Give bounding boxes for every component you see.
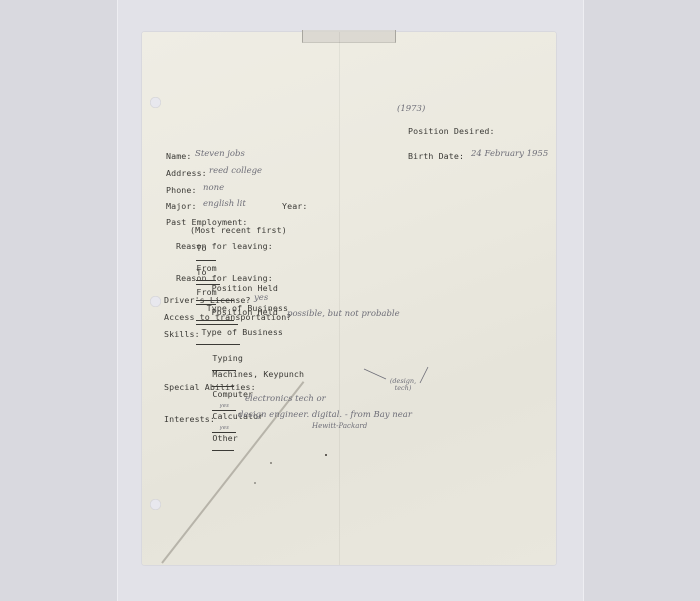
address-value: reed college: [209, 166, 262, 176]
paper-fold: [339, 32, 340, 565]
binder-hole-bottom: [150, 499, 161, 510]
interests-value: design engineer. digital. - from Bay nea…: [238, 410, 412, 420]
calculator-value[interactable]: yes: [212, 425, 236, 433]
year-note: (1973): [397, 104, 425, 114]
interests-value-continued: Hewitt-Packard: [312, 422, 367, 430]
special-abilities-label: Special Abilities:: [164, 382, 256, 392]
skills-label: Skills:: [164, 329, 200, 339]
reason-for-leaving-label-1: Reason for leaving:: [176, 241, 273, 251]
reason-for-leaving-label-2: Reason for Leaving:: [176, 273, 273, 283]
drivers-license-value: yes: [254, 293, 268, 303]
major-value: english lit: [203, 199, 246, 209]
computer-value[interactable]: yes: [212, 403, 236, 411]
ink-spot: [254, 482, 256, 484]
job-application-form: (1973) Position Desired: Name: Steven jo…: [142, 32, 556, 565]
name-label: Name:: [166, 151, 191, 161]
name-value: Steven jobs: [195, 149, 245, 159]
birth-date-value: 24 February 1955: [471, 149, 548, 159]
phone-label: Phone:: [166, 185, 197, 195]
transportation-value: possible, but not probable: [287, 309, 400, 319]
birth-date-label: Birth Date:: [408, 151, 464, 161]
major-label: Major:: [166, 201, 197, 211]
other-field[interactable]: [212, 443, 234, 451]
transportation-label: Access to transportation?: [164, 312, 291, 322]
binder-hole-middle: [150, 296, 161, 307]
address-label: Address:: [166, 168, 207, 178]
phone-value: none: [203, 183, 224, 193]
machines-keypunch-label: Machines, Keypunch: [212, 369, 304, 379]
type-of-business-label: Type of Business: [201, 327, 283, 337]
position-desired-label: Position Desired:: [408, 126, 495, 136]
binder-hole-top: [150, 97, 161, 108]
ink-spot: [325, 454, 327, 456]
other-label: Other: [212, 433, 237, 443]
skills-note: (design, tech): [386, 378, 420, 392]
special-abilities-value: electronics tech or: [245, 394, 326, 404]
year-label: Year:: [282, 201, 307, 211]
drivers-license-label: Driver's License?: [164, 295, 251, 305]
tape-strip: [302, 30, 396, 43]
employment-row-2: To From Position Held Type of Business: [176, 257, 283, 357]
interests-label: Interests:: [164, 414, 215, 424]
